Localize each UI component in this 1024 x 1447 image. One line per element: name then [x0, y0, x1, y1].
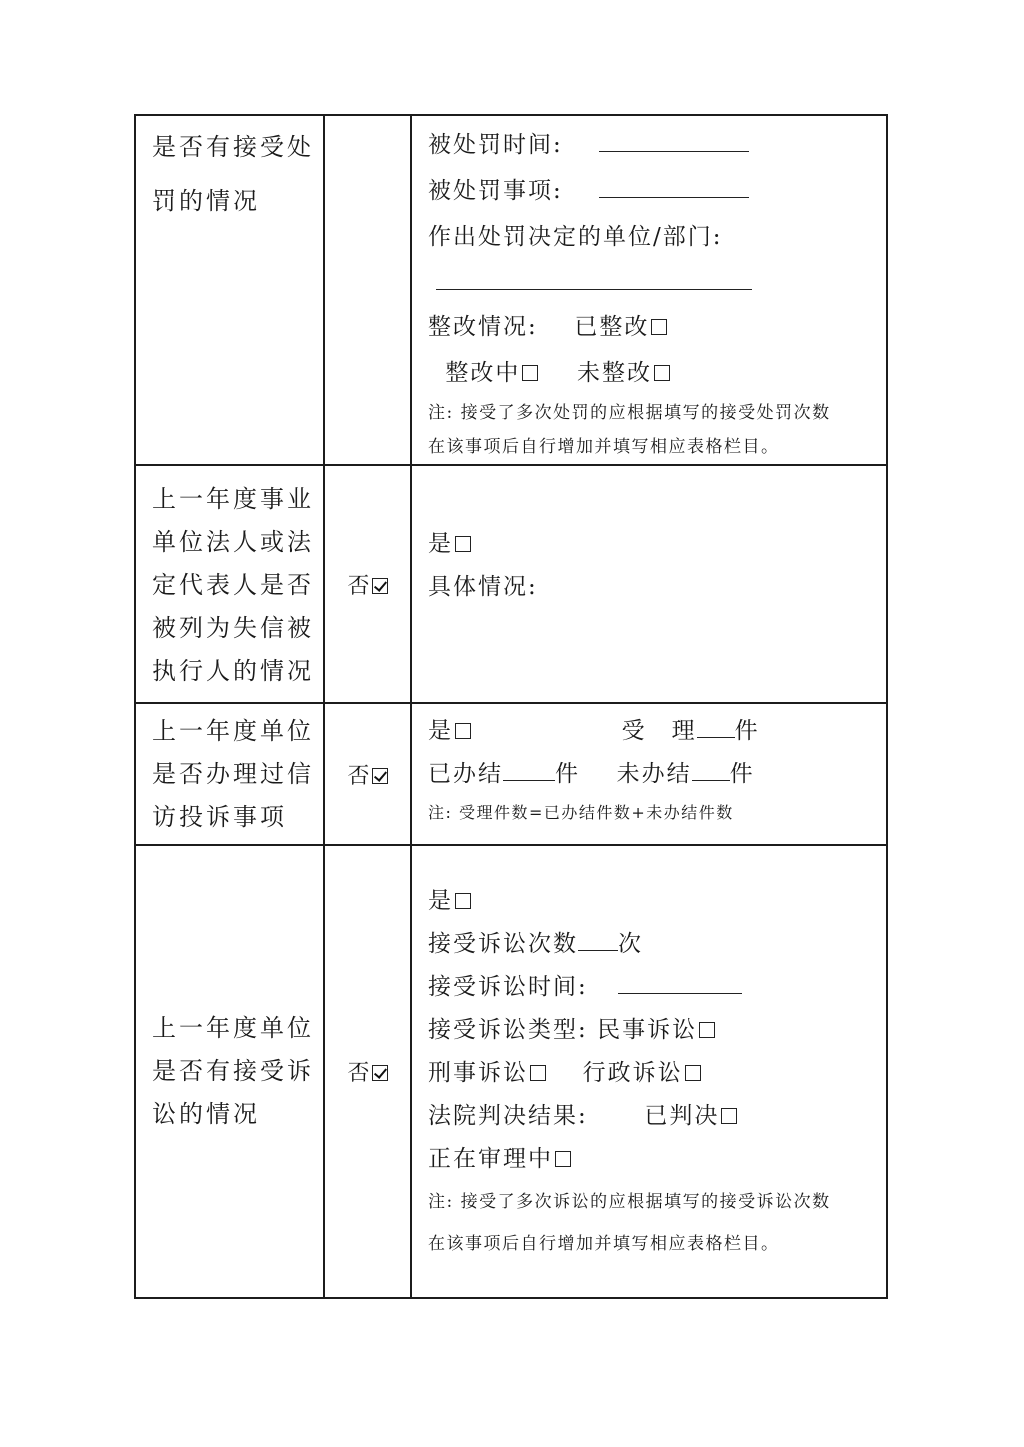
punish-item-label: 被处罚事项: [428, 178, 563, 204]
punish-dept-field[interactable] [436, 265, 752, 290]
litigation-type-label: 接受诉讼类型: [428, 1017, 588, 1043]
under-trial-checkbox[interactable] [555, 1151, 571, 1167]
open-unit: 件 [730, 761, 755, 787]
petition-note: 注: 受理件数=已办结件数+未办结件数 [428, 796, 878, 830]
row-litigation: 上一年度单位是否有接受诉讼的情况 否 是 接受诉讼次数次 接受诉讼时间: 接受诉… [135, 845, 887, 1298]
civil-checkbox[interactable] [699, 1022, 715, 1038]
penalty-no-cell[interactable] [324, 115, 411, 465]
rectify-not-done-checkbox[interactable] [654, 365, 670, 381]
penalty-label-cell: 是否有接受处罚的情况 [135, 115, 324, 465]
debtor-no-cell: 否 [324, 465, 411, 703]
litigation-time-label: 接受诉讼时间: [428, 974, 588, 1000]
litigation-yes-checkbox[interactable] [455, 893, 471, 909]
closed-unit: 件 [555, 761, 580, 787]
litigation-count-label: 接受诉讼次数 [428, 931, 578, 957]
row-dishonest-debtor: 上一年度事业单位法人或法定代表人是否被列为失信被执行人的情况 否 是 具体情况: [135, 465, 887, 703]
closed-label: 已办结 [428, 761, 503, 787]
accepted-label: 受 理 [622, 718, 697, 744]
petition-no-label: 否 [347, 764, 369, 789]
litigation-time-field[interactable] [618, 969, 742, 994]
litigation-detail-cell: 是 接受诉讼次数次 接受诉讼时间: 接受诉讼类型: 民事诉讼 刑事诉讼 [411, 845, 887, 1298]
petition-no-cell: 否 [324, 703, 411, 845]
rectify-not-done-label: 未整改 [577, 360, 652, 386]
verdict-label: 法院判决结果: [428, 1103, 588, 1129]
penalty-question: 是否有接受处罚的情况 [136, 116, 323, 228]
criminal-checkbox[interactable] [530, 1065, 546, 1081]
litigation-note-line-1: 注: 接受了多次诉讼的应根据填写的接受诉讼次数 [428, 1181, 878, 1223]
administrative-checkbox[interactable] [685, 1065, 701, 1081]
litigation-no-cell: 否 [324, 845, 411, 1298]
judged-checkbox[interactable] [721, 1108, 737, 1124]
punish-dept-label: 作出处罚决定的单位/部门: [428, 224, 723, 250]
debtor-specifics-label: 具体情况: [428, 574, 538, 600]
closed-count-field[interactable] [503, 756, 555, 781]
rectify-done-label: 已整改 [574, 314, 649, 340]
penalty-note-line-1: 注: 接受了多次处罚的应根据填写的接受处罚次数 [428, 396, 878, 430]
debtor-no-checkbox[interactable] [372, 578, 388, 594]
debtor-label-cell: 上一年度事业单位法人或法定代表人是否被列为失信被执行人的情况 [135, 465, 324, 703]
punish-time-field[interactable] [599, 127, 749, 152]
petition-question: 上一年度单位是否办理过信访投诉事项 [136, 704, 323, 839]
litigation-label-cell: 上一年度单位是否有接受诉讼的情况 [135, 845, 324, 1298]
debtor-question: 上一年度事业单位法人或法定代表人是否被列为失信被执行人的情况 [136, 466, 323, 693]
rectify-done-checkbox[interactable] [651, 319, 667, 335]
row-petitions: 上一年度单位是否办理过信访投诉事项 否 是 受 理件 已办结件 未办结件 注: … [135, 703, 887, 845]
administrative-label: 行政诉讼 [583, 1060, 683, 1086]
penalty-note-line-2: 在该事项后自行增加并填写相应表格栏目。 [428, 430, 878, 464]
petition-yes-checkbox[interactable] [455, 723, 471, 739]
litigation-count-unit: 次 [618, 931, 643, 957]
litigation-count-field[interactable] [578, 926, 618, 951]
litigation-yes-label: 是 [428, 888, 453, 914]
petition-detail-cell: 是 受 理件 已办结件 未办结件 注: 受理件数=已办结件数+未办结件数 [411, 703, 887, 845]
open-count-field[interactable] [692, 756, 730, 781]
under-trial-label: 正在审理中 [428, 1146, 553, 1172]
rectify-in-progress-checkbox[interactable] [522, 365, 538, 381]
accepted-count-field[interactable] [697, 713, 735, 738]
litigation-no-label: 否 [347, 1061, 369, 1086]
rectify-in-progress-label: 整改中 [445, 360, 520, 386]
rectify-label: 整改情况: [428, 314, 538, 340]
petition-label-cell: 上一年度单位是否办理过信访投诉事项 [135, 703, 324, 845]
judged-label: 已判决 [644, 1103, 719, 1129]
debtor-yes-checkbox[interactable] [455, 536, 471, 552]
petition-no-checkbox[interactable] [372, 768, 388, 784]
litigation-question: 上一年度单位是否有接受诉讼的情况 [136, 1007, 323, 1136]
disclosure-form-table: 是否有接受处罚的情况 被处罚时间: 被处罚事项: 作出处罚决定的单位/部门: [134, 114, 888, 1299]
civil-label: 民事诉讼 [597, 1017, 697, 1043]
litigation-note-line-2: 在该事项后自行增加并填写相应表格栏目。 [428, 1223, 878, 1265]
debtor-detail-cell: 是 具体情况: [411, 465, 887, 703]
row-penalty: 是否有接受处罚的情况 被处罚时间: 被处罚事项: 作出处罚决定的单位/部门: [135, 115, 887, 465]
debtor-yes-label: 是 [428, 531, 453, 557]
accepted-unit: 件 [735, 718, 760, 744]
punish-time-label: 被处罚时间: [428, 132, 563, 158]
punish-item-field[interactable] [599, 173, 749, 198]
petition-yes-label: 是 [428, 718, 453, 744]
debtor-no-label: 否 [347, 574, 369, 599]
litigation-no-checkbox[interactable] [372, 1065, 388, 1081]
open-label: 未办结 [617, 761, 692, 787]
criminal-label: 刑事诉讼 [428, 1060, 528, 1086]
penalty-detail-cell: 被处罚时间: 被处罚事项: 作出处罚决定的单位/部门: 整改情况: [411, 115, 887, 465]
